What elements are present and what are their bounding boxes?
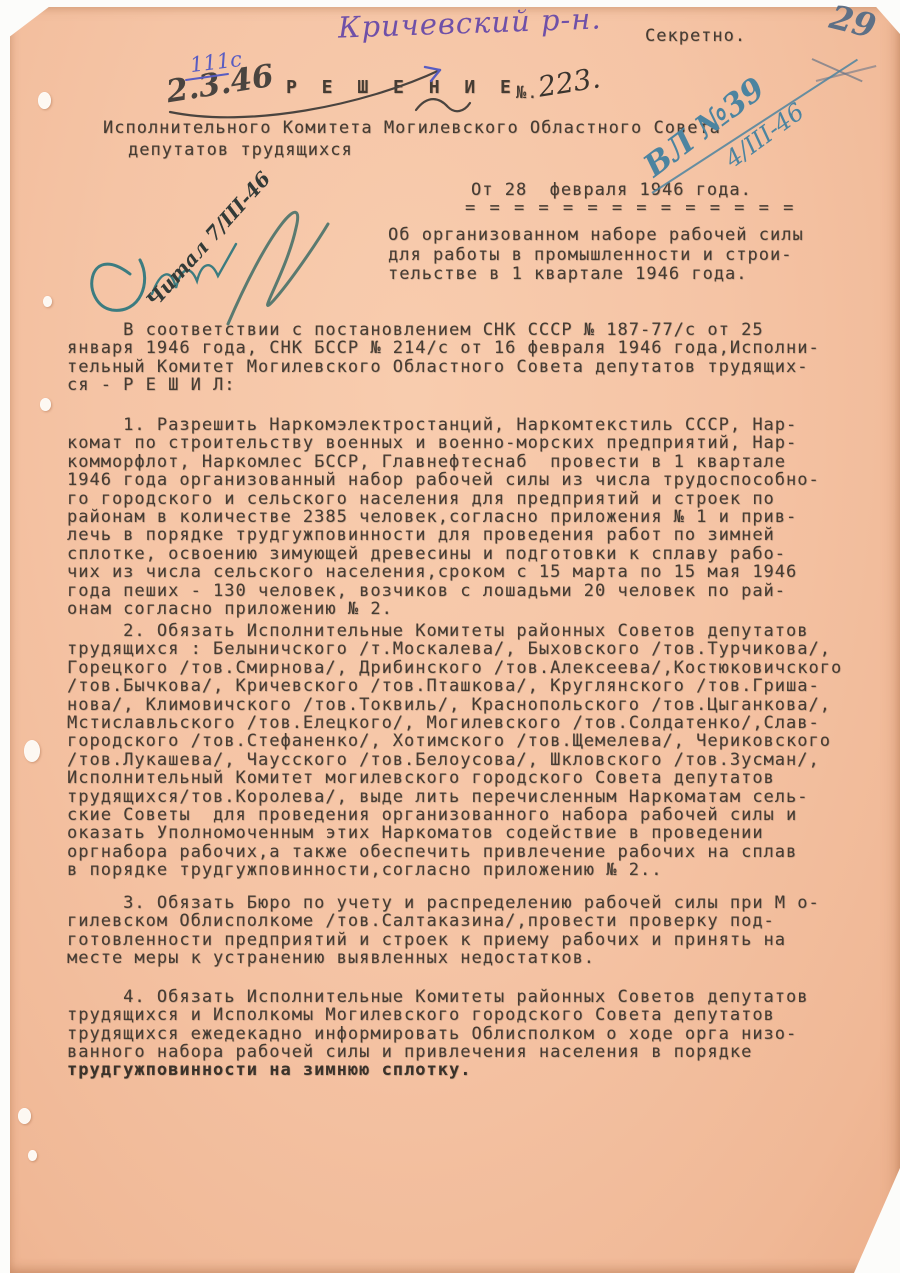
- doc-number-label: №.: [516, 84, 538, 102]
- item-3-paragraph: 3. Обязать Бюро по учету и распределению…: [67, 894, 820, 968]
- paper-hole: [28, 1150, 37, 1161]
- item-4-paragraph: 4. Обязать Исполнительные Комитеты район…: [67, 988, 809, 1062]
- margin-signature-scrawl: [78, 182, 348, 347]
- scanned-document-page: Секретно. Р Е Ш Е Н И Е №. 223. Исполнит…: [0, 0, 900, 1273]
- item-4-bold-line: трудгужповинности на зимнюю сплотку.: [67, 1061, 471, 1079]
- date-underline: = = = = = = = = = = = = = =: [465, 199, 795, 217]
- doc-date-line: От 28 февраля 1946 года.: [471, 181, 752, 199]
- subject-block: Об организованном наборе рабочей силы дл…: [388, 226, 804, 285]
- paper-hole: [18, 1108, 31, 1124]
- issuer-line2: депутатов трудящихся: [128, 141, 353, 159]
- paper-hole: [40, 398, 51, 411]
- paper-hole: [24, 740, 40, 762]
- paper-hole: [38, 92, 51, 109]
- paper-hole: [43, 296, 52, 307]
- secrecy-stamp: Секретно.: [645, 27, 746, 45]
- item-1-paragraph: 1. Разрешить Наркомэлектростанций, Нарко…: [67, 416, 820, 618]
- item-2-paragraph: 2. Обязать Исполнительные Комитеты район…: [67, 622, 842, 880]
- flourish-arrow-stroke: [158, 48, 468, 128]
